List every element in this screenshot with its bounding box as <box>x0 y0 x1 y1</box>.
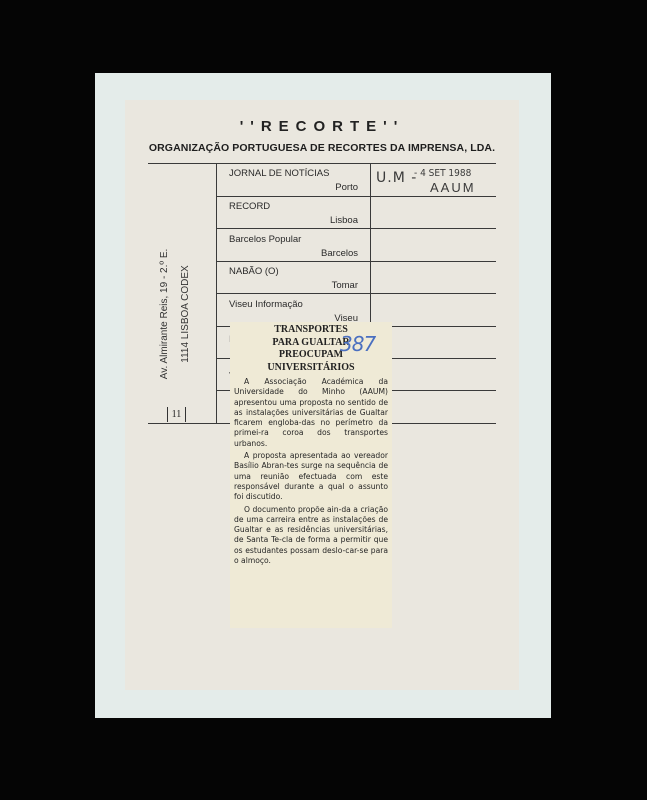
publication-name: Viseu Informação <box>229 299 303 310</box>
clipping-body: A Associação Académica da Universidade d… <box>234 377 388 566</box>
clipping-paragraph: A Associação Académica da Universidade d… <box>234 377 388 449</box>
publication-city: Lisboa <box>300 215 358 226</box>
headline-line: UNIVERSITÁRIOS <box>230 362 392 375</box>
table-mid-divider <box>370 163 371 328</box>
clipping-paragraph: A proposta apresentada ao vereador Basíl… <box>234 451 388 502</box>
row-rule <box>216 261 496 262</box>
handwritten-source: U.M - <box>376 170 417 186</box>
address-line-2: 1114 LISBOA CODEX <box>175 224 196 404</box>
publication-city: Tomar <box>300 280 358 291</box>
publication-city: Barcelos <box>300 248 358 259</box>
publication-name: JORNAL DE NOTÍCIAS <box>229 168 329 179</box>
agency-title: ''RECORTE'' <box>125 118 519 135</box>
handwritten-number: 387 <box>340 332 375 356</box>
agency-subtitle: ORGANIZAÇÃO PORTUGUESA DE RECORTES DA IM… <box>125 142 519 154</box>
row-rule <box>216 228 496 229</box>
sheet-number: 11 <box>167 407 186 422</box>
publication-city: Porto <box>300 182 358 193</box>
table-top-rule <box>148 163 496 164</box>
row-rule <box>216 293 496 294</box>
handwritten-abbrev: AAUM <box>430 180 476 195</box>
row-rule <box>216 196 496 197</box>
publication-name: Barcelos Popular <box>229 234 301 245</box>
address-line-1: Av. Almirante Reis, 19 - 2.º E. <box>154 224 175 404</box>
publication-name: RECORD <box>229 201 270 212</box>
clipping-paragraph: O documento propõe ain-da a criação de u… <box>234 505 388 567</box>
date-stamp: - 4 SET 1988 <box>414 168 471 179</box>
publication-name: NABÃO (O) <box>229 266 279 277</box>
agency-address: Av. Almirante Reis, 19 - 2.º E. 1114 LIS… <box>154 224 198 404</box>
